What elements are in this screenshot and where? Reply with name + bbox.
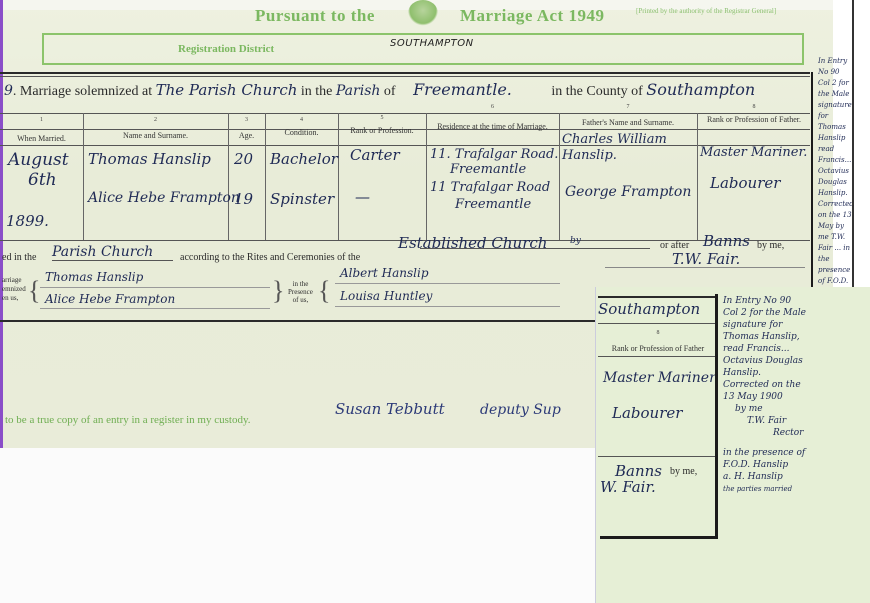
col-number: 3: [228, 117, 265, 123]
place-of-marriage: The Parish Church: [156, 81, 298, 99]
ceremony-underline: [420, 248, 650, 249]
col-header-when-married: When Married.: [0, 134, 83, 143]
col-divider: [697, 113, 698, 240]
col-number: 2: [83, 117, 228, 123]
presence-label: in the Presence of us,: [288, 280, 313, 304]
certification-text: to be a true copy of an entry in a regis…: [5, 414, 251, 426]
party2-signature: Alice Hebe Frampton: [45, 292, 175, 306]
inset-frame: [600, 294, 718, 539]
underline: [335, 306, 560, 307]
bride-name: Alice Hebe Frampton: [88, 190, 240, 206]
date-month: August: [8, 150, 69, 170]
col-divider: [559, 113, 560, 240]
ceremony-prefix: ed in the: [2, 252, 36, 263]
printed-by-note: [Printed by the authority of the Registr…: [636, 7, 776, 15]
title-act: Marriage Act 1949: [460, 6, 604, 26]
registrar-title: deputy Sup: [480, 402, 561, 418]
col-number: 6: [426, 104, 559, 110]
banns: Banns: [703, 232, 750, 250]
brace-left: {: [28, 276, 40, 306]
page-edge: [852, 0, 870, 290]
bride-profession: —: [355, 188, 370, 206]
col-header-condition: Condition.: [265, 128, 338, 137]
divider: [0, 72, 810, 74]
party1-signature: Thomas Hanslip: [45, 270, 143, 284]
table-top-rule: [0, 113, 810, 114]
margin-note-strip: In Entry No 90 Col 2 for the Male signat…: [818, 56, 852, 301]
col-header-father-profession: Rank or Profession of Father.: [697, 115, 811, 124]
rites-text: according to the Rites and Ceremonies of…: [180, 252, 360, 263]
officiant-signature: T.W. Fair.: [672, 250, 740, 268]
bride-residence-line2: Freemantle: [455, 197, 531, 212]
ceremony-by: by: [570, 236, 581, 246]
groom-father-profession: Master Mariner.: [700, 145, 807, 160]
officiant-underline: [605, 267, 805, 268]
registration-district-value: SOUTHAMPTON: [390, 38, 474, 49]
blank-area: [0, 448, 595, 603]
witness2-signature: Louisa Huntley: [340, 289, 432, 303]
col-number: 7: [559, 104, 697, 110]
bride-father-name: George Frampton: [565, 184, 691, 200]
parish-name: Freemantle.: [413, 80, 512, 99]
title-pursuant: Pursuant to the: [255, 6, 375, 26]
witness1-signature: Albert Hanslip: [340, 266, 429, 280]
col-divider: [426, 113, 427, 240]
solemnized-line: 9. Marriage solemnized at The Parish Chu…: [4, 80, 755, 100]
divider: [0, 76, 810, 77]
col-number: 1: [0, 117, 83, 123]
table-right-border: [811, 72, 813, 290]
col-number: 8: [697, 104, 811, 110]
groom-profession: Carter: [350, 146, 400, 164]
bride-age: 19: [234, 190, 253, 208]
col-number: 4: [265, 117, 338, 123]
underline: [335, 283, 560, 284]
section-divider: [0, 320, 600, 322]
groom-condition: Bachelor: [270, 150, 338, 168]
col-header-age: Age.: [228, 131, 265, 140]
col-number: 5: [338, 115, 426, 121]
col-header-profession: Rank or Profession.: [338, 126, 426, 135]
groom-name: Thomas Hanslip: [88, 150, 211, 168]
col-header-name: Name and Surname.: [83, 131, 228, 140]
parish-label: Parish: [336, 83, 381, 99]
date-day: 6th: [28, 170, 57, 190]
entry-number: 9: [4, 83, 13, 99]
groom-age: 20: [234, 150, 253, 168]
married-between-label: arriage emnized en us,: [2, 276, 26, 303]
bride-condition: Spinster: [270, 190, 334, 208]
bride-residence-line1: 11 Trafalgar Road: [430, 180, 550, 195]
registration-district-label: Registration District: [178, 43, 274, 55]
underline: [40, 287, 270, 288]
groom-residence-line1: 11. Trafalgar Road.: [430, 147, 558, 162]
county-name: Southampton: [646, 80, 755, 99]
col-header-father-name: Father's Name and Surname.: [559, 118, 697, 127]
ceremony-church: Parish Church: [52, 244, 173, 261]
brace-presence: {: [318, 276, 330, 306]
by-me-text: by me,: [757, 240, 784, 251]
bride-father-profession: Labourer: [710, 174, 780, 192]
date-year: 1899.: [6, 212, 49, 230]
groom-father-name: Charles William Hanslip.: [562, 132, 692, 164]
inset-correction-note: In Entry No 90 Col 2 for the Male signat…: [723, 295, 863, 495]
groom-residence-line2: Freemantle: [450, 162, 526, 177]
col-header-residence: Residence at the time of Marriage.: [426, 122, 559, 131]
royal-crest-icon: [408, 0, 438, 26]
underline: [40, 308, 270, 309]
ceremony-denomination: Established Church: [398, 234, 547, 252]
brace-right: }: [272, 276, 284, 306]
registrar-signature: Susan Tebbutt: [335, 400, 445, 418]
